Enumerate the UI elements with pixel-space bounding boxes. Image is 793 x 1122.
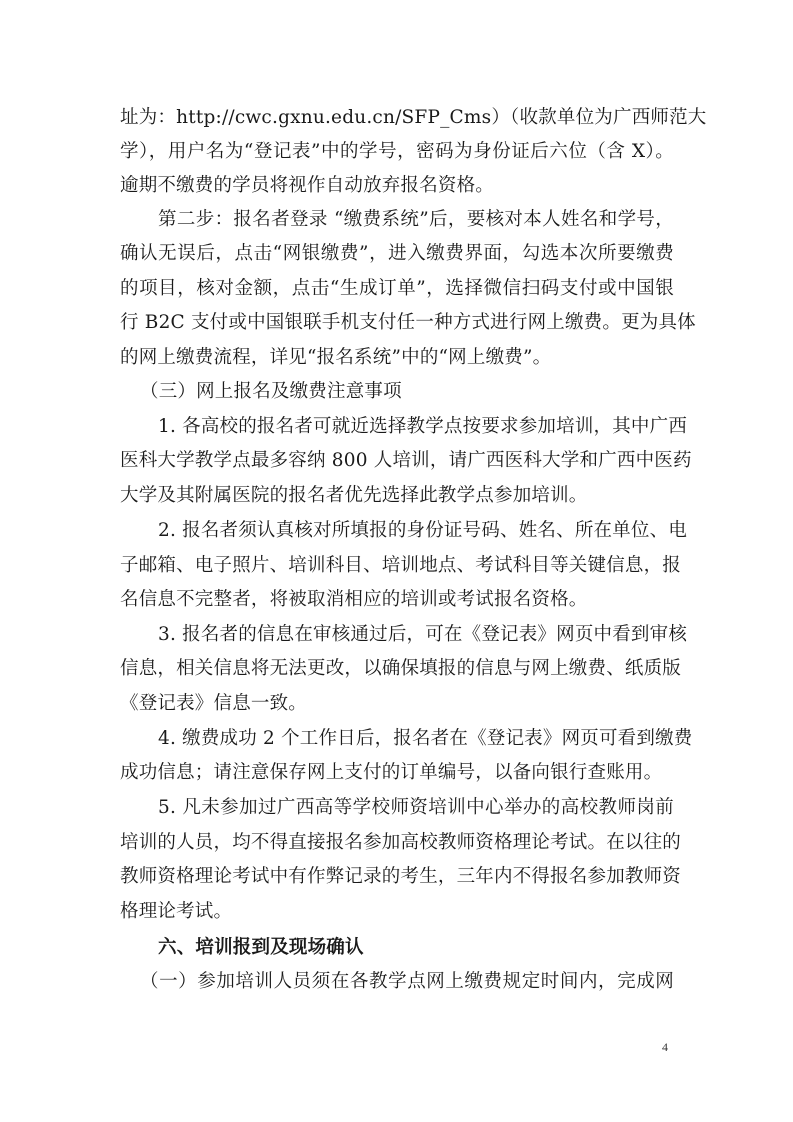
text-line: 址为：http://cwc.gxnu.edu.cn/SFP_Cms）（收款单位为… [120, 101, 674, 135]
text-line: 大学及其附属医院的报名者优先选择此教学点参加培训。 [120, 479, 674, 513]
text-line: 的网上缴费流程，详见“报名系统”中的“网上缴费”。 [120, 341, 674, 375]
text-line: 逾期不缴费的学员将视作自动放弃报名资格。 [120, 169, 674, 203]
text-line: 格理论考试。 [120, 895, 674, 929]
text-line: 行 B2C 支付或中国银联手机支付任一种方式进行网上缴费。更为具体 [120, 306, 674, 340]
text-line: 学），用户名为“登记表”中的学号，密码为身份证后六位（含 X）。 [120, 135, 674, 169]
text-line: 第二步：报名者登录 “缴费系统”后，要核对本人姓名和学号， [158, 203, 674, 237]
text-line: 培训的人员，均不得直接报名参加高校教师资格理论考试。在以往的 [120, 826, 674, 860]
text-line: 教师资格理论考试中有作弊记录的考生，三年内不得报名参加教师资 [120, 860, 674, 894]
text-line: 1. 各高校的报名者可就近选择教学点按要求参加培训，其中广西 [158, 410, 674, 444]
text-line: 的项目，核对金额，点击“生成订单”，选择微信扫码支付或中国银 [120, 272, 674, 306]
text-line: 名信息不完整者，将被取消相应的培训或考试报名资格。 [120, 583, 674, 617]
page-number: 4 [662, 1040, 668, 1055]
text-line: 3. 报名者的信息在审核通过后，可在《登记表》网页中看到审核 [158, 618, 674, 652]
text-line: （一）参加培训人员须在各教学点网上缴费规定时间内，完成网 [140, 965, 674, 999]
text-line: 医科大学教学点最多容纳 800 人培训，请广西医科大学和广西中医药 [120, 444, 674, 478]
text-line: 子邮箱、电子照片、培训科目、培训地点、考试科目等关键信息，报 [120, 549, 674, 583]
subsection-heading: （三）网上报名及缴费注意事项 [140, 375, 674, 409]
text-line: 信息，相关信息将无法更改，以确保填报的信息与网上缴费、纸质版 [120, 652, 674, 686]
text-line: 成功信息；请注意保存网上支付的订单编号，以备向银行查账用。 [120, 756, 674, 790]
text-line: 确认无误后，点击“网银缴费”，进入缴费界面，勾选本次所要缴费 [120, 237, 674, 271]
section-heading: 六、培训报到及现场确认 [158, 931, 674, 965]
text-line: 2. 报名者须认真核对所填报的身份证号码、姓名、所在单位、电 [158, 514, 674, 548]
text-line: 《登记表》信息一致。 [120, 687, 674, 721]
text-line: 4. 缴费成功 2 个工作日后，报名者在《登记表》网页可看到缴费 [158, 722, 674, 756]
document-page: 址为：http://cwc.gxnu.edu.cn/SFP_Cms）（收款单位为… [0, 0, 793, 1122]
text-line: 5. 凡未参加过广西高等学校师资培训中心举办的高校教师岗前 [158, 791, 674, 825]
